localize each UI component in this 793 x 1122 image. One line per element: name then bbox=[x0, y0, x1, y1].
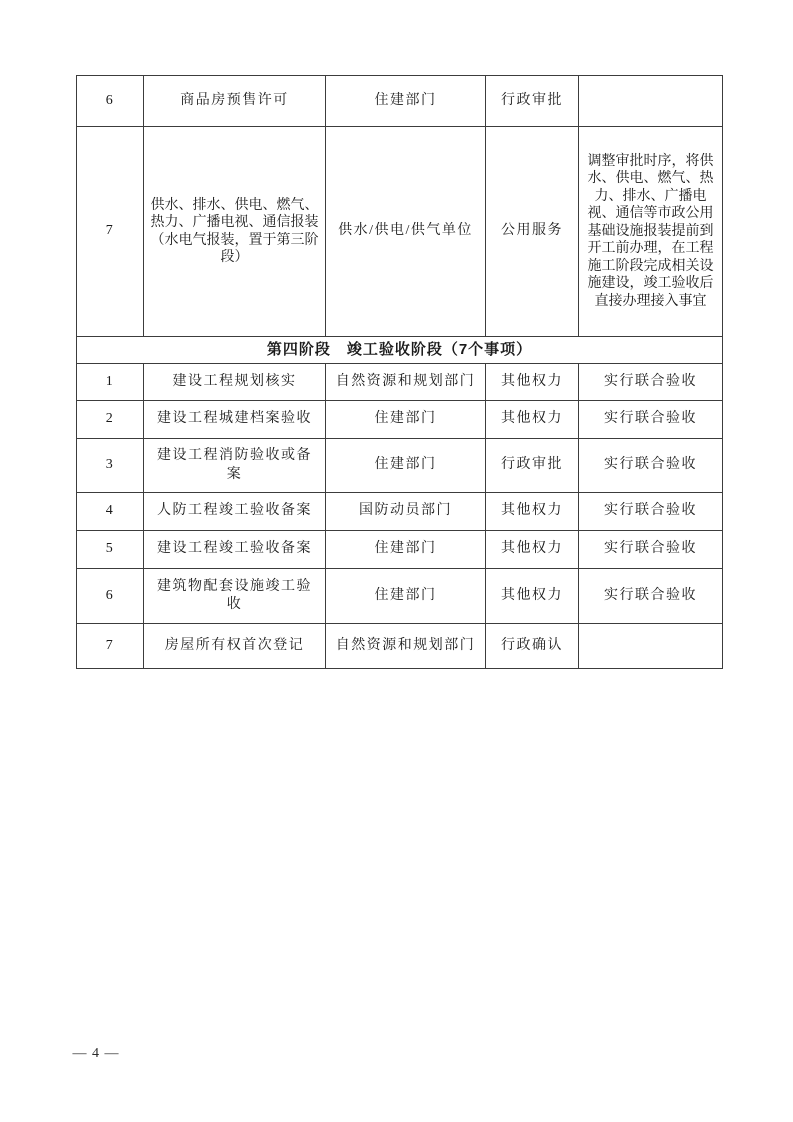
cell-power-type: 其他权力 bbox=[486, 401, 579, 439]
cell-department: 供水/供电/供气单位 bbox=[326, 127, 486, 337]
cell-seq: 7 bbox=[77, 127, 144, 337]
cell-item-name: 建设工程城建档案验收 bbox=[144, 401, 326, 439]
cell-department: 自然资源和规划部门 bbox=[326, 624, 486, 669]
cell-seq: 7 bbox=[77, 624, 144, 669]
cell-department: 住建部门 bbox=[326, 569, 486, 624]
cell-power-type: 其他权力 bbox=[486, 493, 579, 531]
document-page: 6 商品房预售许可 住建部门 行政审批 7 供水、排水、供电、燃气、热力、广播电… bbox=[0, 0, 793, 1122]
section-header-row: 第四阶段 竣工验收阶段（7个事项） bbox=[77, 337, 723, 364]
cell-remark: 调整审批时序，将供水、供电、燃气、热力、排水、广播电视、通信等市政公用基础设施报… bbox=[579, 127, 723, 337]
cell-seq: 6 bbox=[77, 76, 144, 127]
cell-item-name: 建筑物配套设施竣工验收 bbox=[144, 569, 326, 624]
table-row: 5 建设工程竣工验收备案 住建部门 其他权力 实行联合验收 bbox=[77, 531, 723, 569]
cell-item-name: 建设工程规划核实 bbox=[144, 364, 326, 401]
cell-remark bbox=[579, 624, 723, 669]
cell-item-name: 商品房预售许可 bbox=[144, 76, 326, 127]
cell-item-name: 建设工程消防验收或备案 bbox=[144, 439, 326, 493]
cell-remark bbox=[579, 76, 723, 127]
cell-power-type: 公用服务 bbox=[486, 127, 579, 337]
table-row: 7 供水、排水、供电、燃气、热力、广播电视、通信报装（水电气报装，置于第三阶段）… bbox=[77, 127, 723, 337]
cell-item-name: 人防工程竣工验收备案 bbox=[144, 493, 326, 531]
cell-seq: 5 bbox=[77, 531, 144, 569]
cell-seq: 1 bbox=[77, 364, 144, 401]
cell-remark: 实行联合验收 bbox=[579, 531, 723, 569]
table-row: 3 建设工程消防验收或备案 住建部门 行政审批 实行联合验收 bbox=[77, 439, 723, 493]
cell-remark: 实行联合验收 bbox=[579, 569, 723, 624]
table-row: 6 商品房预售许可 住建部门 行政审批 bbox=[77, 76, 723, 127]
cell-power-type: 其他权力 bbox=[486, 569, 579, 624]
cell-department: 自然资源和规划部门 bbox=[326, 364, 486, 401]
cell-department: 国防动员部门 bbox=[326, 493, 486, 531]
page-number: — 4 — bbox=[68, 1046, 124, 1062]
cell-remark: 实行联合验收 bbox=[579, 364, 723, 401]
cell-seq: 3 bbox=[77, 439, 144, 493]
approval-matters-table: 6 商品房预售许可 住建部门 行政审批 7 供水、排水、供电、燃气、热力、广播电… bbox=[76, 75, 723, 669]
cell-department: 住建部门 bbox=[326, 531, 486, 569]
table-row: 2 建设工程城建档案验收 住建部门 其他权力 实行联合验收 bbox=[77, 401, 723, 439]
cell-seq: 2 bbox=[77, 401, 144, 439]
table-row: 6 建筑物配套设施竣工验收 住建部门 其他权力 实行联合验收 bbox=[77, 569, 723, 624]
cell-power-type: 其他权力 bbox=[486, 531, 579, 569]
section-header-title: 第四阶段 竣工验收阶段（7个事项） bbox=[77, 337, 723, 364]
cell-seq: 6 bbox=[77, 569, 144, 624]
cell-remark: 实行联合验收 bbox=[579, 401, 723, 439]
table-row: 4 人防工程竣工验收备案 国防动员部门 其他权力 实行联合验收 bbox=[77, 493, 723, 531]
cell-department: 住建部门 bbox=[326, 76, 486, 127]
cell-seq: 4 bbox=[77, 493, 144, 531]
cell-department: 住建部门 bbox=[326, 401, 486, 439]
cell-item-name: 建设工程竣工验收备案 bbox=[144, 531, 326, 569]
cell-power-type: 行政审批 bbox=[486, 76, 579, 127]
table-row: 1 建设工程规划核实 自然资源和规划部门 其他权力 实行联合验收 bbox=[77, 364, 723, 401]
cell-remark: 实行联合验收 bbox=[579, 493, 723, 531]
cell-item-name: 供水、排水、供电、燃气、热力、广播电视、通信报装（水电气报装，置于第三阶段） bbox=[144, 127, 326, 337]
cell-remark: 实行联合验收 bbox=[579, 439, 723, 493]
cell-power-type: 行政审批 bbox=[486, 439, 579, 493]
cell-power-type: 行政确认 bbox=[486, 624, 579, 669]
cell-power-type: 其他权力 bbox=[486, 364, 579, 401]
cell-department: 住建部门 bbox=[326, 439, 486, 493]
table-row: 7 房屋所有权首次登记 自然资源和规划部门 行政确认 bbox=[77, 624, 723, 669]
cell-item-name: 房屋所有权首次登记 bbox=[144, 624, 326, 669]
